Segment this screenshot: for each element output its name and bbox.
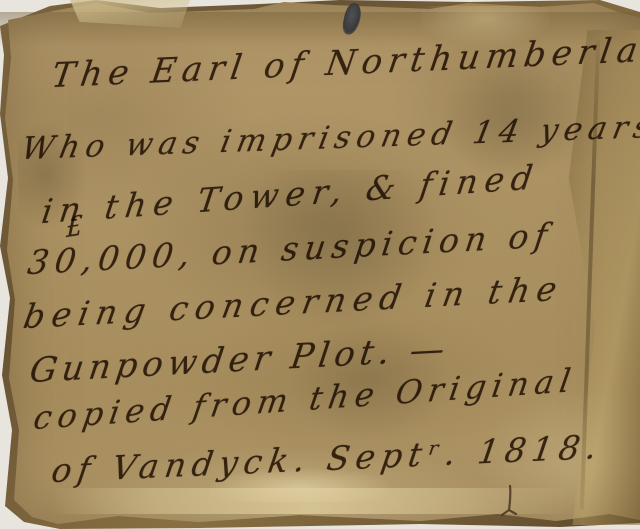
photograph-of-note: The Earl of Northumberland Who was impri… [0,0,640,529]
pound-sterling-symbol: £ [66,210,84,244]
